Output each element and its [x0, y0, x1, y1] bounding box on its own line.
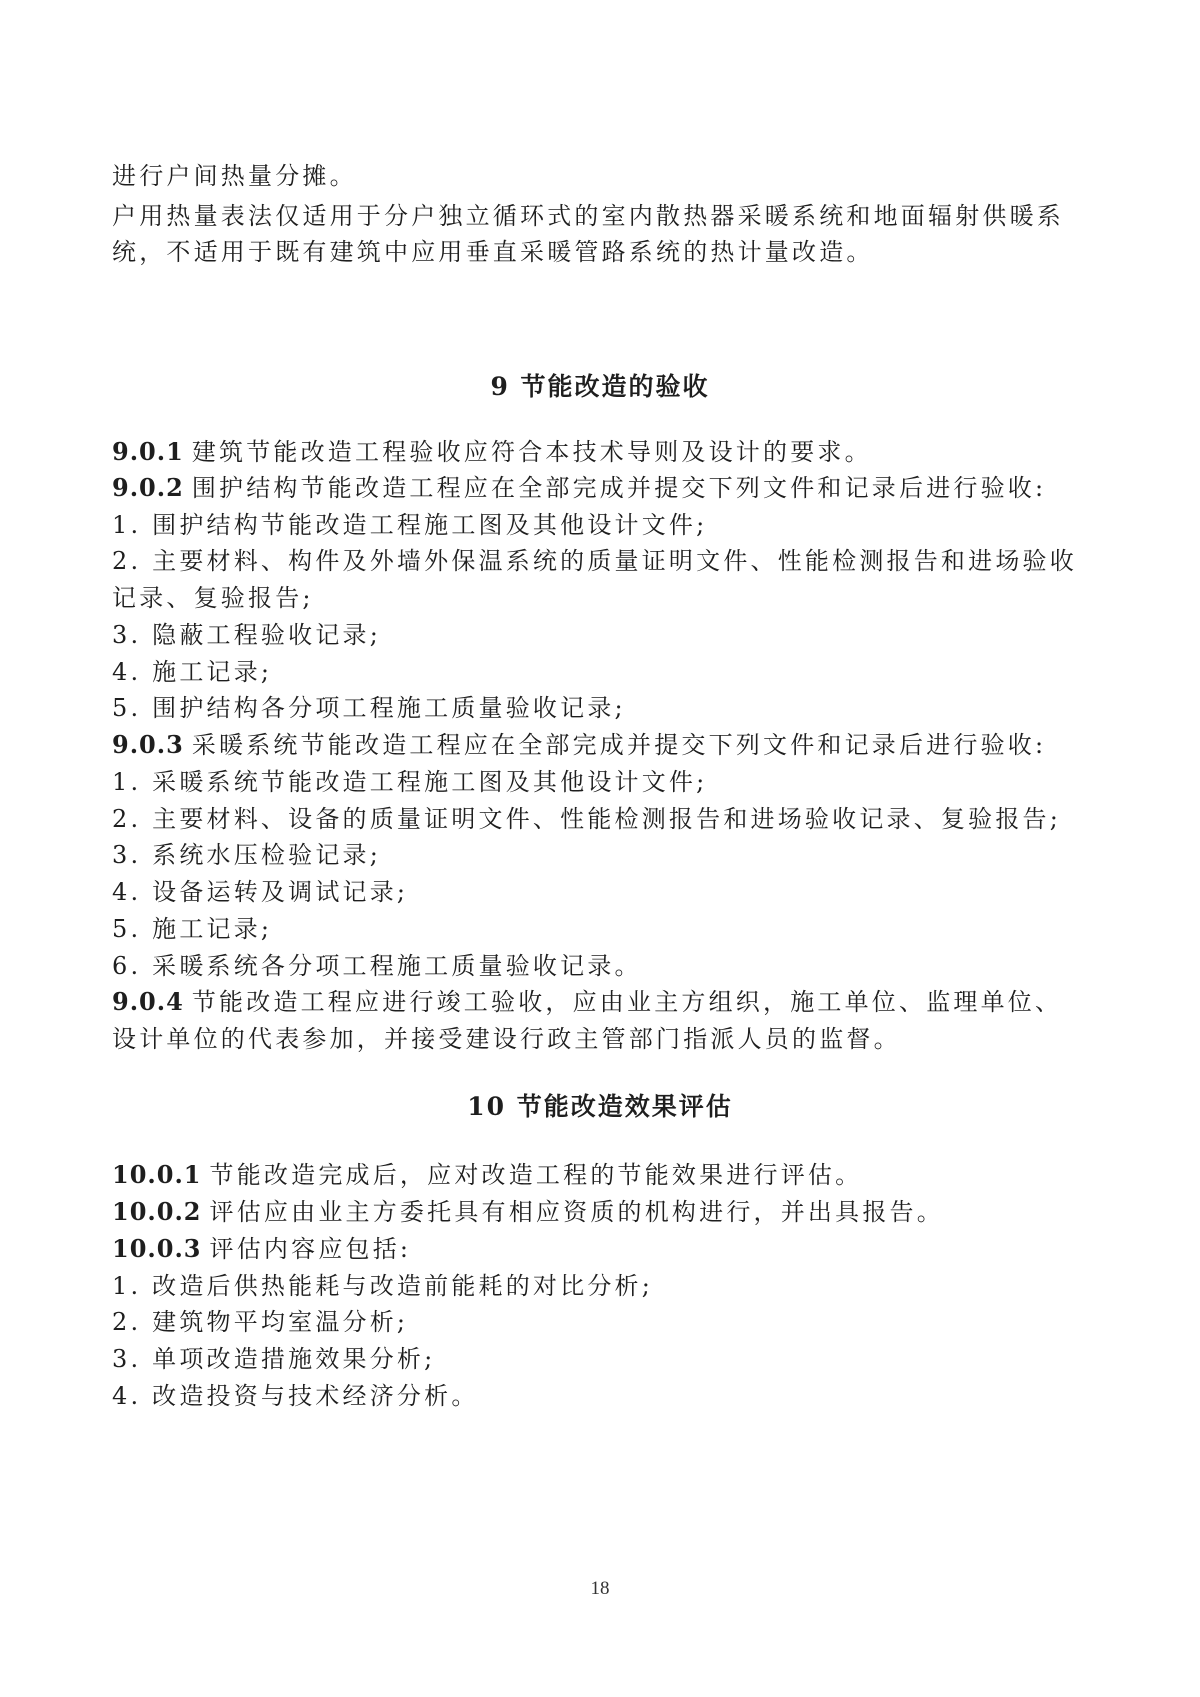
section-9-heading: 9 节能改造的验收	[0, 370, 1200, 404]
clause-number: 9.0.1	[112, 437, 184, 466]
list-item: 6. 采暖系统各分项工程施工质量验收记录。	[112, 950, 642, 982]
list-item: 4. 设备运转及调试记录;	[112, 876, 408, 908]
list-item: 1. 改造后供热能耗与改造前能耗的对比分析;	[112, 1270, 653, 1302]
list-item: 1. 围护结构节能改造工程施工图及其他设计文件;	[112, 509, 707, 541]
clause-10-0-2: 10.0.2评估应由业主方委托具有相应资质的机构进行，并出具报告。	[112, 1196, 944, 1228]
list-item: 1. 采暖系统节能改造工程施工图及其他设计文件;	[112, 766, 707, 798]
list-item: 4. 施工记录;	[112, 656, 272, 688]
list-item: 3. 系统水压检验记录;	[112, 839, 381, 871]
clause-10-0-1: 10.0.1节能改造完成后，应对改造工程的节能效果进行评估。	[112, 1159, 862, 1191]
clause-text: 围护结构节能改造工程应在全部完成并提交下列文件和记录后进行验收:	[192, 474, 1046, 502]
clause-text: 节能改造工程应进行竣工验收，应由业主方组织，施工单位、监理单位、	[192, 988, 1062, 1016]
list-item: 2. 主要材料、构件及外墙外保温系统的质量证明文件、性能检测报告和进场验收	[112, 545, 1077, 577]
clause-number: 9.0.2	[112, 473, 184, 502]
intro-line: 进行户间热量分摊。	[112, 160, 357, 192]
clause-9-0-1: 9.0.1建筑节能改造工程验收应符合本技术导则及设计的要求。	[112, 436, 872, 468]
clause-number: 10.0.3	[112, 1234, 202, 1263]
clause-number: 10.0.2	[112, 1197, 202, 1226]
list-item: 3. 单项改造措施效果分析;	[112, 1343, 435, 1375]
list-item: 3. 隐蔽工程验收记录;	[112, 619, 381, 651]
clause-text: 评估应由业主方委托具有相应资质的机构进行，并出具报告。	[210, 1198, 944, 1226]
list-item: 2. 主要材料、设备的质量证明文件、性能检测报告和进场验收记录、复验报告;	[112, 803, 1061, 835]
clause-number: 9.0.4	[112, 987, 184, 1016]
intro-line: 统，不适用于既有建筑中应用垂直采暖管路系统的热计量改造。	[112, 236, 874, 268]
list-item: 5. 围护结构各分项工程施工质量验收记录;	[112, 692, 626, 724]
clause-number: 10.0.1	[112, 1160, 202, 1189]
list-item: 4. 改造投资与技术经济分析。	[112, 1380, 479, 1412]
document-page: 进行户间热量分摊。 户用热量表法仅适用于分户独立循环式的室内散热器采暖系统和地面…	[0, 0, 1200, 1697]
clause-text: 建筑节能改造工程验收应符合本技术导则及设计的要求。	[192, 438, 872, 466]
clause-text: 采暖系统节能改造工程应在全部完成并提交下列文件和记录后进行验收:	[192, 731, 1046, 759]
clause-text: 评估内容应包括:	[210, 1235, 412, 1263]
clause-9-0-3: 9.0.3采暖系统节能改造工程应在全部完成并提交下列文件和记录后进行验收:	[112, 729, 1046, 761]
list-item: 记录、复验报告;	[112, 582, 314, 614]
list-item: 5. 施工记录;	[112, 913, 272, 945]
page-number: 18	[0, 1578, 1200, 1600]
clause-10-0-3: 10.0.3评估内容应包括:	[112, 1233, 411, 1265]
clause-9-0-2: 9.0.2围护结构节能改造工程应在全部完成并提交下列文件和记录后进行验收:	[112, 472, 1046, 504]
clause-continuation: 设计单位的代表参加，并接受建设行政主管部门指派人员的监督。	[112, 1023, 901, 1055]
section-10-heading: 10 节能改造效果评估	[0, 1090, 1200, 1124]
intro-line: 户用热量表法仅适用于分户独立循环式的室内散热器采暖系统和地面辐射供暖系	[112, 200, 1064, 232]
list-item: 2. 建筑物平均室温分析;	[112, 1306, 408, 1338]
clause-number: 9.0.3	[112, 730, 184, 759]
clause-text: 节能改造完成后，应对改造工程的节能效果进行评估。	[210, 1161, 863, 1189]
clause-9-0-4: 9.0.4节能改造工程应进行竣工验收，应由业主方组织，施工单位、监理单位、	[112, 986, 1062, 1018]
